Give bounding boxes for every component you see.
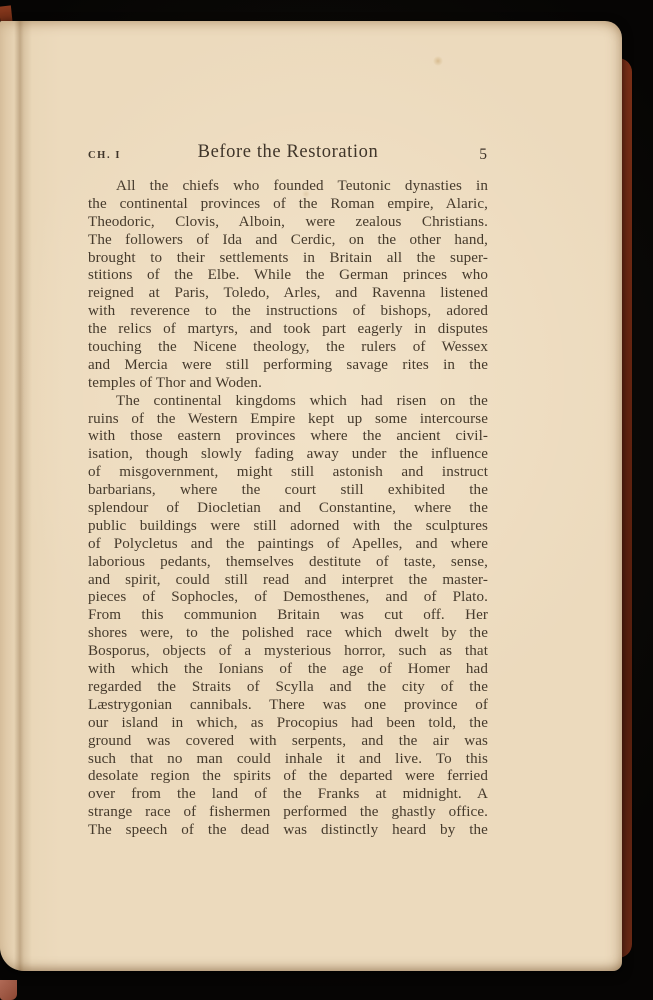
text-line: pieces of Sophocles, of Demosthenes, and… (88, 589, 488, 607)
text-line: Theodoric, Clovis, Alboin, were zealous … (88, 214, 488, 232)
text-line: isation, though slowly fading away under… (88, 446, 488, 464)
text-line: temples of Thor and Woden. (88, 375, 488, 393)
text-line: the relics of martyrs, and took part eag… (88, 321, 488, 339)
text-line: the continental provinces of the Roman e… (88, 196, 488, 214)
text-line: regarded the Straits of Scylla and the c… (88, 679, 488, 697)
text-line: From this communion Britain was cut off.… (88, 607, 488, 625)
page-gutter-shadow (0, 21, 34, 971)
text-line: ground was covered with serpents, and th… (88, 733, 488, 751)
text-line: such that no man could inhale it and liv… (88, 751, 488, 769)
text-line: shores were, to the polished race which … (88, 625, 488, 643)
book-cover-edge-bottom-left (0, 980, 17, 1000)
text-line: of Polycletus and the paintings of Apell… (88, 536, 488, 554)
text-line: The followers of Ida and Cerdic, on the … (88, 232, 488, 250)
text-line: The speech of the dead was distinctly he… (88, 822, 488, 840)
text-line: laborious pedants, themselves destitute … (88, 554, 488, 572)
text-line: with those eastern provinces where the a… (88, 428, 488, 446)
text-line: reigned at Paris, Toledo, Arles, and Rav… (88, 285, 488, 303)
text-line: brought to their settlements in Britain … (88, 250, 488, 268)
text-line: with which the Ionians of the age of Hom… (88, 661, 488, 679)
text-line: stitions of the Elbe. While the German p… (88, 267, 488, 285)
book-photo: CH. I Before the Restoration 5 All the c… (0, 0, 653, 1000)
text-line: Læstrygonian cannibals. There was one pr… (88, 697, 488, 715)
text-line: and Mercia were still performing savage … (88, 357, 488, 375)
text-line: strange race of fishermen performed the … (88, 804, 488, 822)
text-line: and spirit, could still read and interpr… (88, 572, 488, 590)
book-page: CH. I Before the Restoration 5 All the c… (0, 21, 622, 971)
text-line: All the chiefs who founded Teutonic dyna… (88, 178, 488, 196)
text-line: touching the Nicene theology, the rulers… (88, 339, 488, 357)
text-line: our island in which, as Procopius had be… (88, 715, 488, 733)
page-text: All the chiefs who founded Teutonic dyna… (88, 178, 488, 840)
text-line: ruins of the Western Empire kept up some… (88, 411, 488, 429)
text-line: Bosporus, objects of a mysterious horror… (88, 643, 488, 661)
running-title: Before the Restoration (88, 142, 488, 163)
text-line: barbarians, where the court still exhibi… (88, 482, 488, 500)
text-line: over from the land of the Franks at midn… (88, 786, 488, 804)
running-header: CH. I Before the Restoration 5 (88, 142, 488, 168)
text-line: splendour of Diocletian and Constantine,… (88, 500, 488, 518)
text-line: public buildings were still adorned with… (88, 518, 488, 536)
page-number: 5 (479, 146, 487, 164)
text-line: of misgovernment, might still astonish a… (88, 464, 488, 482)
text-line: with reverence to the instructions of bi… (88, 303, 488, 321)
text-line: desolate region the spirits of the depar… (88, 768, 488, 786)
text-line: The continental kingdoms which had risen… (88, 393, 488, 411)
